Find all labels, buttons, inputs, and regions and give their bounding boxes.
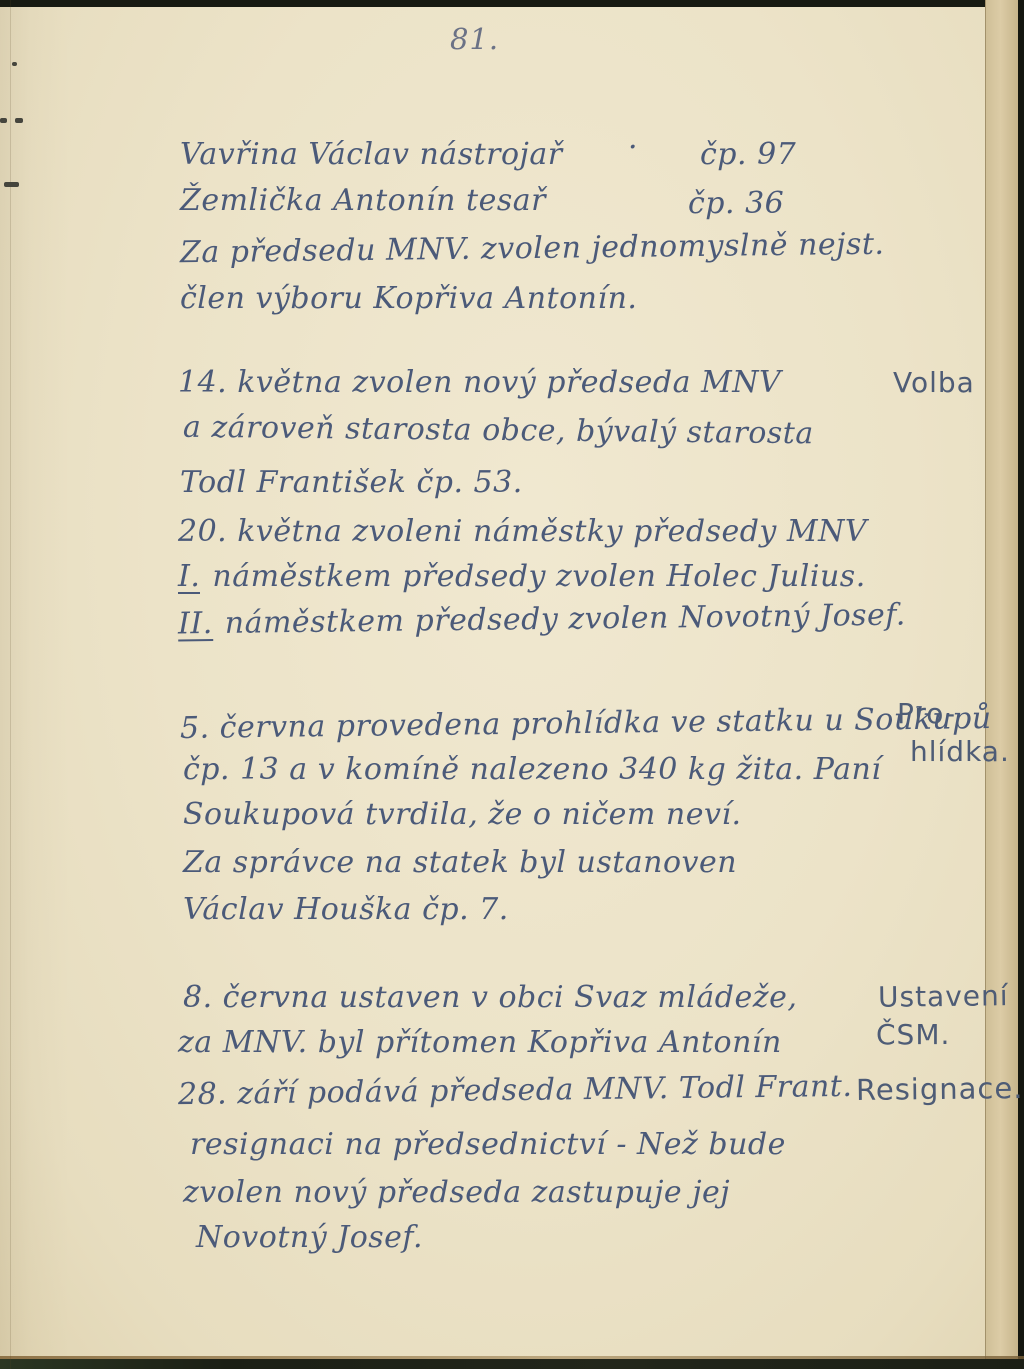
house-number: čp. 97 xyxy=(700,137,796,172)
handwritten-line: 28. září podává předseda MNV. Todl Frant… xyxy=(178,1069,853,1112)
handwritten-line: za MNV. byl přítomen Kopřiva Antonín xyxy=(178,1025,782,1060)
ink-speck xyxy=(15,118,23,123)
margin-note-volba: Volba xyxy=(893,366,975,399)
handwritten-line: 5. června provedena prohlídka ve statku … xyxy=(180,701,992,746)
margin-note-resignace: Resignace. xyxy=(856,1071,1024,1107)
binding-crease xyxy=(10,0,11,1369)
line-text: náměstkem předsedy zvolen Novotný Josef. xyxy=(225,598,907,641)
margin-note-ustaveni: Ustavení xyxy=(878,979,1009,1014)
scanned-page: 81. Vavřina Václav nástrojař · čp. 97 Že… xyxy=(0,0,1024,1369)
scan-edge-bottom xyxy=(0,1359,1024,1369)
handwritten-line: Novotný Josef. xyxy=(196,1220,423,1255)
handwritten-line: zvolen nový předseda zastupuje jej xyxy=(183,1175,730,1210)
ink-speck xyxy=(4,182,19,187)
house-number: čp. 36 xyxy=(688,186,784,221)
handwritten-line: Todl František čp. 53. xyxy=(180,465,523,500)
margin-note-prohlidka-2: hlídka. xyxy=(910,735,1010,768)
ink-speck xyxy=(0,118,7,123)
handwritten-line: čp. 13 a v komíně nalezeno 340 kg žita. … xyxy=(183,752,881,787)
handwritten-line: 14. května zvolen nový předseda MNV xyxy=(178,365,781,400)
handwritten-line: a zároveň starosta obce, bývalý starosta xyxy=(183,410,814,452)
handwritten-line: 20. května zvoleni náměstky předsedy MNV xyxy=(178,514,867,549)
margin-note-csm: ČSM. xyxy=(876,1018,950,1051)
handwritten-line: 8. června ustaven v obci Svaz mládeže, xyxy=(183,980,797,1015)
margin-note-prohlidka-1: Pro- xyxy=(897,697,956,730)
ink-speck xyxy=(12,62,17,66)
scan-edge-right xyxy=(1018,0,1024,1369)
scan-edge-top xyxy=(0,0,1024,7)
handwritten-line: Žemlička Antonín tesař xyxy=(180,183,546,218)
handwritten-line: II.náměstkem předsedy zvolen Novotný Jos… xyxy=(178,598,906,642)
handwritten-line: člen výboru Kopřiva Antonín. xyxy=(180,281,637,316)
roman-numeral: II. xyxy=(178,610,213,641)
handwritten-line: Za správce na statek byl ustanoven xyxy=(183,845,737,880)
handwritten-line: I.náměstkem předsedy zvolen Holec Julius… xyxy=(178,559,866,594)
handwritten-line: resignaci na předsednictví - Než bude xyxy=(190,1127,786,1162)
handwritten-line: Za předsedu MNV. zvolen jednomyslně nejs… xyxy=(180,227,885,271)
page-number: 81. xyxy=(450,22,499,56)
page-stack-edge xyxy=(985,0,1018,1369)
handwritten-line: Vavřina Václav nástrojař xyxy=(180,137,563,172)
handwritten-line: Václav Houška čp. 7. xyxy=(183,892,509,927)
handwritten-line: Soukupová tvrdila, že o ničem neví. xyxy=(183,797,742,832)
line-text: náměstkem předsedy zvolen Holec Julius. xyxy=(212,559,865,594)
separator-dot: · xyxy=(628,130,638,165)
roman-numeral: I. xyxy=(178,563,200,594)
